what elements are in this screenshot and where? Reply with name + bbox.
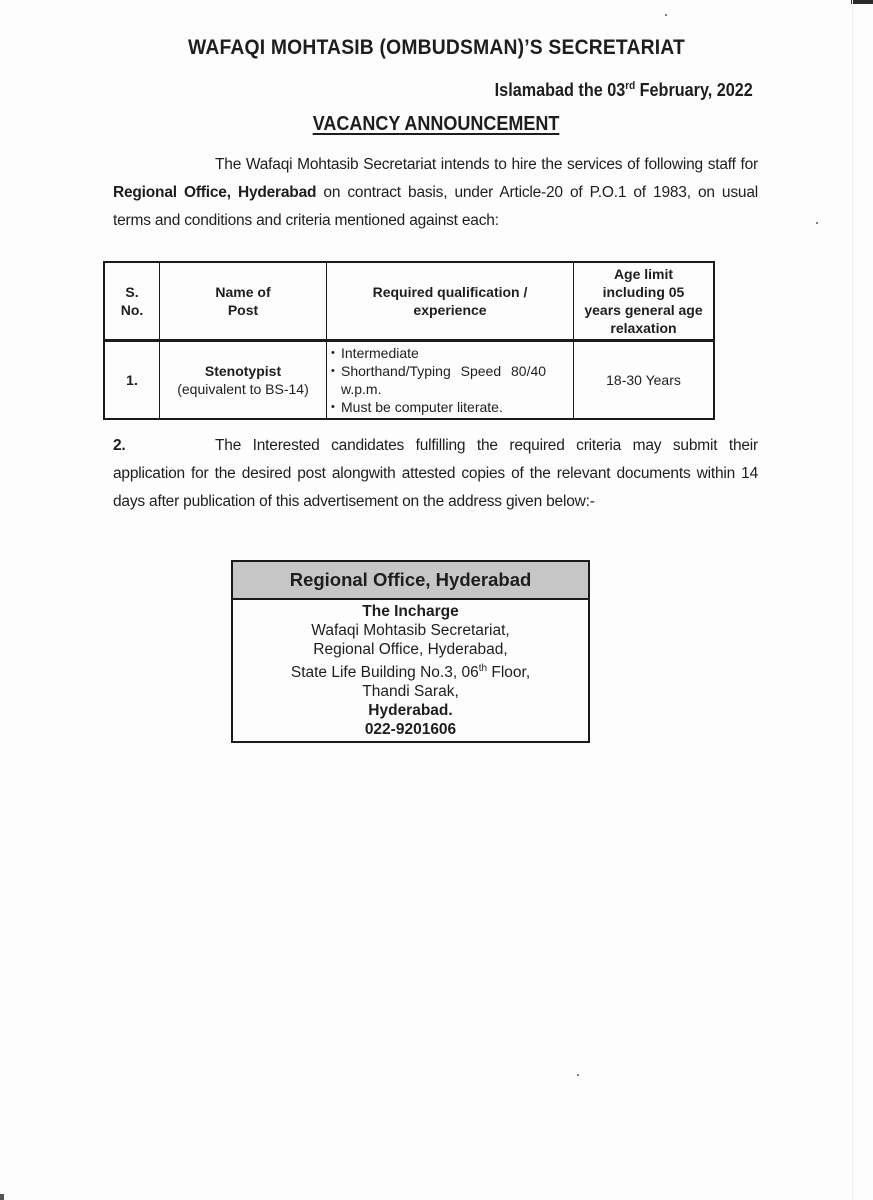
address-box-title: Regional Office, Hyderabad <box>233 562 588 600</box>
address-line: Wafaqi Mohtasib Secretariat, <box>233 621 588 640</box>
header-qualification: Required qualification /experience <box>327 262 574 341</box>
vacancy-table: S.No. Name ofPost Required qualification… <box>103 261 715 420</box>
date-ordinal: rd <box>625 80 635 92</box>
scan-speck <box>665 14 667 16</box>
table-row: 1. Stenotypist(equivalent to BS-14) Inte… <box>104 341 714 420</box>
intro-paragraph: The Wafaqi Mohtasib Secretariat intends … <box>113 151 758 235</box>
address-city: Hyderabad. <box>233 701 588 720</box>
post-name: Stenotypist <box>205 363 281 379</box>
cell-qualification: Intermediate Shorthand/Typing Speed 80/4… <box>327 341 574 420</box>
paragraph-number: 2. <box>113 432 215 460</box>
qualification-item: Must be computer literate. <box>331 398 569 416</box>
table-header-row: S.No. Name ofPost Required qualification… <box>104 262 714 341</box>
address-line: Regional Office, Hyderabad, <box>233 640 588 659</box>
date-prefix: Islamabad the 03 <box>495 80 626 100</box>
date-rest: February, 2022 <box>635 80 753 100</box>
scan-edge-line <box>852 0 853 1200</box>
address-body: The Incharge Wafaqi Mohtasib Secretariat… <box>233 600 588 741</box>
qualification-item: Intermediate <box>331 344 569 362</box>
address-line: State Life Building No.3, 06th Floor, <box>233 659 588 682</box>
cell-sno: 1. <box>104 341 160 420</box>
qualification-item: Shorthand/Typing Speed 80/40 w.p.m. <box>331 362 569 398</box>
cell-age-limit: 18-30 Years <box>574 341 715 420</box>
address-phone: 022-9201606 <box>233 720 588 739</box>
intro-text-1: The Wafaqi Mohtasib Secretariat intends … <box>215 156 758 173</box>
scan-speck <box>577 1074 579 1076</box>
vacancy-heading-text: VACANCY ANNOUNCEMENT <box>313 113 560 136</box>
header-sno: S.No. <box>104 262 160 341</box>
scan-speck <box>816 222 818 224</box>
intro-office-name: Regional Office, Hyderabad <box>113 184 316 201</box>
scanned-document-page: WAFAQI MOHTASIB (OMBUDSMAN)’S SECRETARIA… <box>0 0 873 1200</box>
date-line: Islamabad the 03rd February, 2022 <box>495 80 753 101</box>
address-line: Thandi Sarak, <box>233 682 588 701</box>
header-post: Name ofPost <box>160 262 327 341</box>
qualification-list: Intermediate Shorthand/Typing Speed 80/4… <box>331 344 569 416</box>
header-age-limit: Age limitincluding 05years general agere… <box>574 262 715 341</box>
cell-post: Stenotypist(equivalent to BS-14) <box>160 341 327 420</box>
application-paragraph: 2.The Interested candidates fulfilling t… <box>113 432 758 516</box>
organization-title: WAFAQI MOHTASIB (OMBUDSMAN)’S SECRETARIA… <box>35 36 838 60</box>
post-grade: (equivalent to BS-14) <box>177 381 309 397</box>
scan-edge-artifact <box>0 1194 4 1200</box>
scan-edge-artifact <box>851 0 873 4</box>
address-recipient: The Incharge <box>233 602 588 621</box>
address-box: Regional Office, Hyderabad The Incharge … <box>231 560 590 743</box>
vacancy-heading: VACANCY ANNOUNCEMENT <box>0 113 873 136</box>
